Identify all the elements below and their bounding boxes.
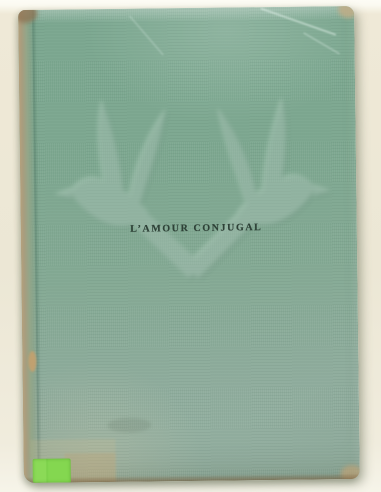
dove-left-shape — [53, 98, 203, 280]
corner-wear-top-right — [338, 6, 358, 18]
book-photo: L’AMOUR CONJUGAL — [0, 0, 381, 492]
emboss-highlight — [53, 96, 331, 279]
dove-right-shape — [181, 96, 331, 278]
spine-chip-mark — [28, 351, 36, 372]
library-sticker — [33, 458, 71, 482]
embossed-doves-emblem — [31, 86, 354, 335]
book-cover: L’AMOUR CONJUGAL — [18, 6, 360, 483]
